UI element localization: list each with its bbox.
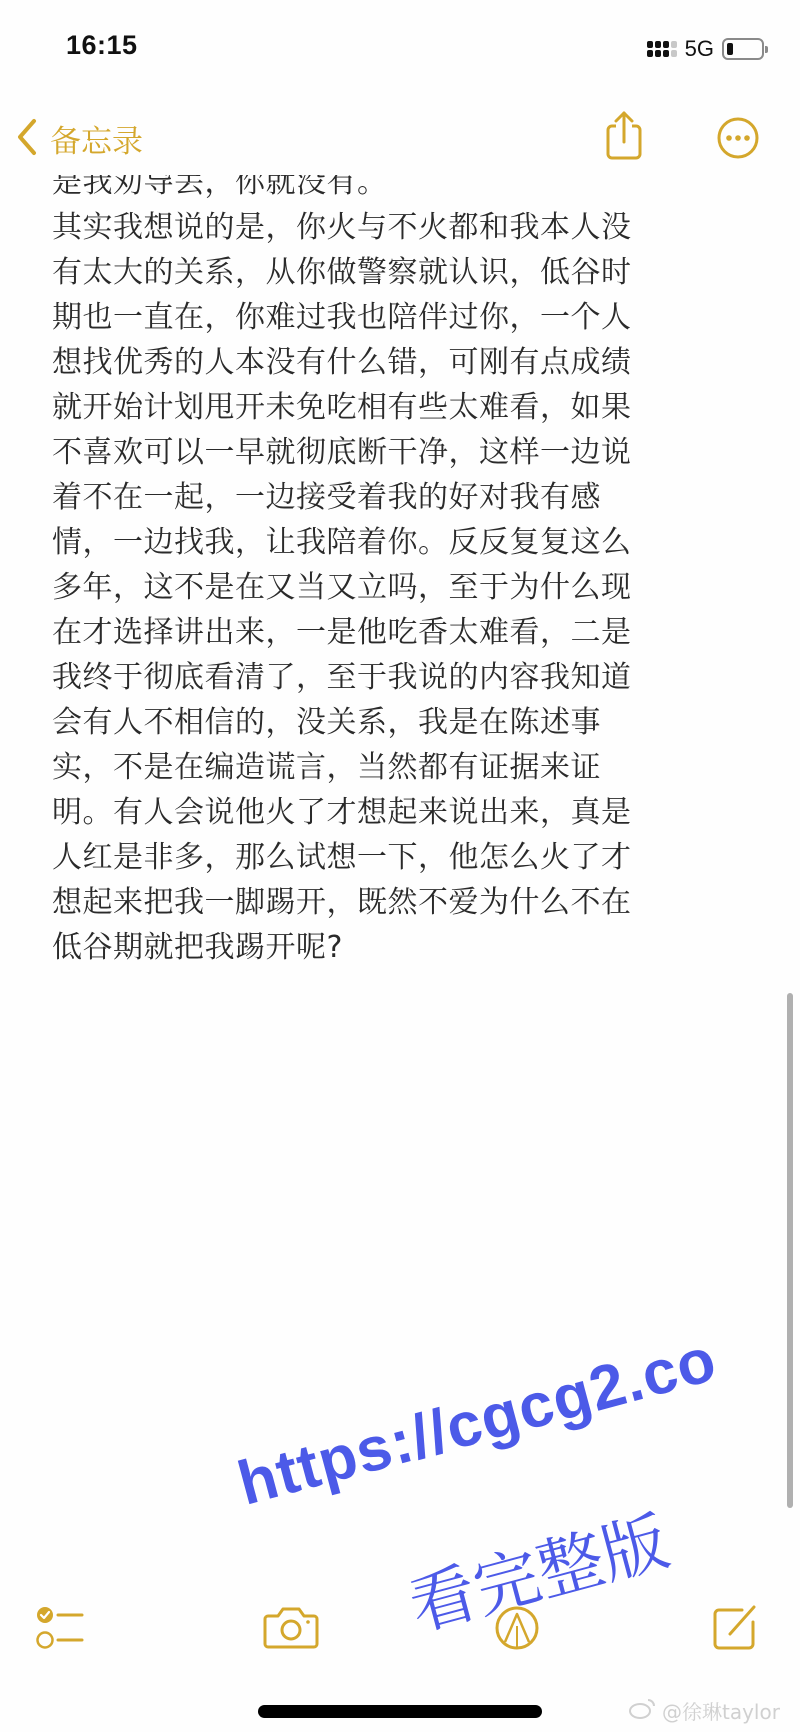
note-line: 着不在一起，一边接受着我的好对我有感 bbox=[52, 475, 752, 520]
weibo-watermark: @徐琳taylor bbox=[628, 1696, 780, 1725]
weibo-watermark-text: @徐琳taylor bbox=[662, 1696, 780, 1725]
status-indicators: 5G bbox=[647, 36, 764, 62]
more-options-button[interactable] bbox=[716, 116, 760, 164]
navigation-bar: 备忘录 bbox=[0, 100, 800, 175]
camera-button[interactable] bbox=[263, 1604, 319, 1654]
note-line: 会有人不相信的，没关系，我是在陈述事 bbox=[52, 700, 752, 745]
note-line: 人红是非多，那么试想一下，他怎么火了才 bbox=[52, 835, 752, 880]
home-indicator[interactable] bbox=[258, 1705, 542, 1718]
network-type-label: 5G bbox=[685, 36, 714, 62]
back-button[interactable]: 备忘录 bbox=[16, 116, 143, 161]
bottom-toolbar bbox=[0, 1590, 800, 1660]
note-line: 有太大的关系，从你做警察就认识，低谷时 bbox=[52, 250, 752, 295]
back-button-label: 备忘录 bbox=[50, 116, 143, 161]
note-line: 其实我想说的是，你火与不火都和我本人没 bbox=[52, 205, 752, 250]
battery-icon bbox=[722, 38, 764, 60]
note-line: 明。有人会说他火了才想起来说出来，真是 bbox=[52, 790, 752, 835]
camera-icon bbox=[263, 1635, 319, 1654]
checklist-button[interactable] bbox=[36, 1606, 88, 1654]
compose-button[interactable] bbox=[712, 1602, 760, 1656]
note-line: 多年，这不是在又当又立吗，至于为什么现 bbox=[52, 565, 752, 610]
note-line: 不喜欢可以一早就彻底断干净，这样一边说 bbox=[52, 430, 752, 475]
cellular-signal-icon bbox=[647, 41, 677, 57]
checklist-icon bbox=[36, 1635, 88, 1654]
chevron-left-icon bbox=[16, 118, 38, 160]
share-button[interactable] bbox=[604, 110, 644, 166]
share-icon bbox=[604, 147, 644, 166]
note-line: 想找优秀的人本没有什么错，可刚有点成绩 bbox=[52, 340, 752, 385]
compose-icon bbox=[712, 1637, 760, 1656]
ellipsis-circle-icon bbox=[716, 145, 760, 164]
note-text-area[interactable]: 是我劝导丢，你就没有。 其实我想说的是，你火与不火都和我本人没 有太大的关系，从… bbox=[52, 160, 752, 970]
note-line: 期也一直在，你难过我也陪伴过你，一个人 bbox=[52, 295, 752, 340]
note-line: 低谷期就把我踢开呢? bbox=[52, 925, 752, 970]
note-line: 我终于彻底看清了，至于我说的内容我知道 bbox=[52, 655, 752, 700]
note-line: 就开始计划甩开未免吃相有些太难看，如果 bbox=[52, 385, 752, 430]
note-line: 情，一边找我，让我陪着你。反反复复这么 bbox=[52, 520, 752, 565]
status-time: 16:15 bbox=[66, 30, 138, 61]
markup-pen-icon bbox=[493, 1637, 541, 1656]
markup-button[interactable] bbox=[493, 1604, 541, 1656]
status-bar: 16:15 5G bbox=[0, 0, 800, 100]
overlay-watermark-url: https://cgcg2.co bbox=[231, 1324, 724, 1520]
note-line: 想起来把我一脚踢开，既然不爱为什么不在 bbox=[52, 880, 752, 925]
vertical-scrollbar[interactable] bbox=[787, 993, 793, 1508]
note-line: 在才选择讲出来，一是他吃香太难看，二是 bbox=[52, 610, 752, 655]
note-line: 实，不是在编造谎言，当然都有证据来证 bbox=[52, 745, 752, 790]
weibo-logo-icon bbox=[628, 1697, 656, 1724]
battery-level bbox=[727, 43, 733, 55]
